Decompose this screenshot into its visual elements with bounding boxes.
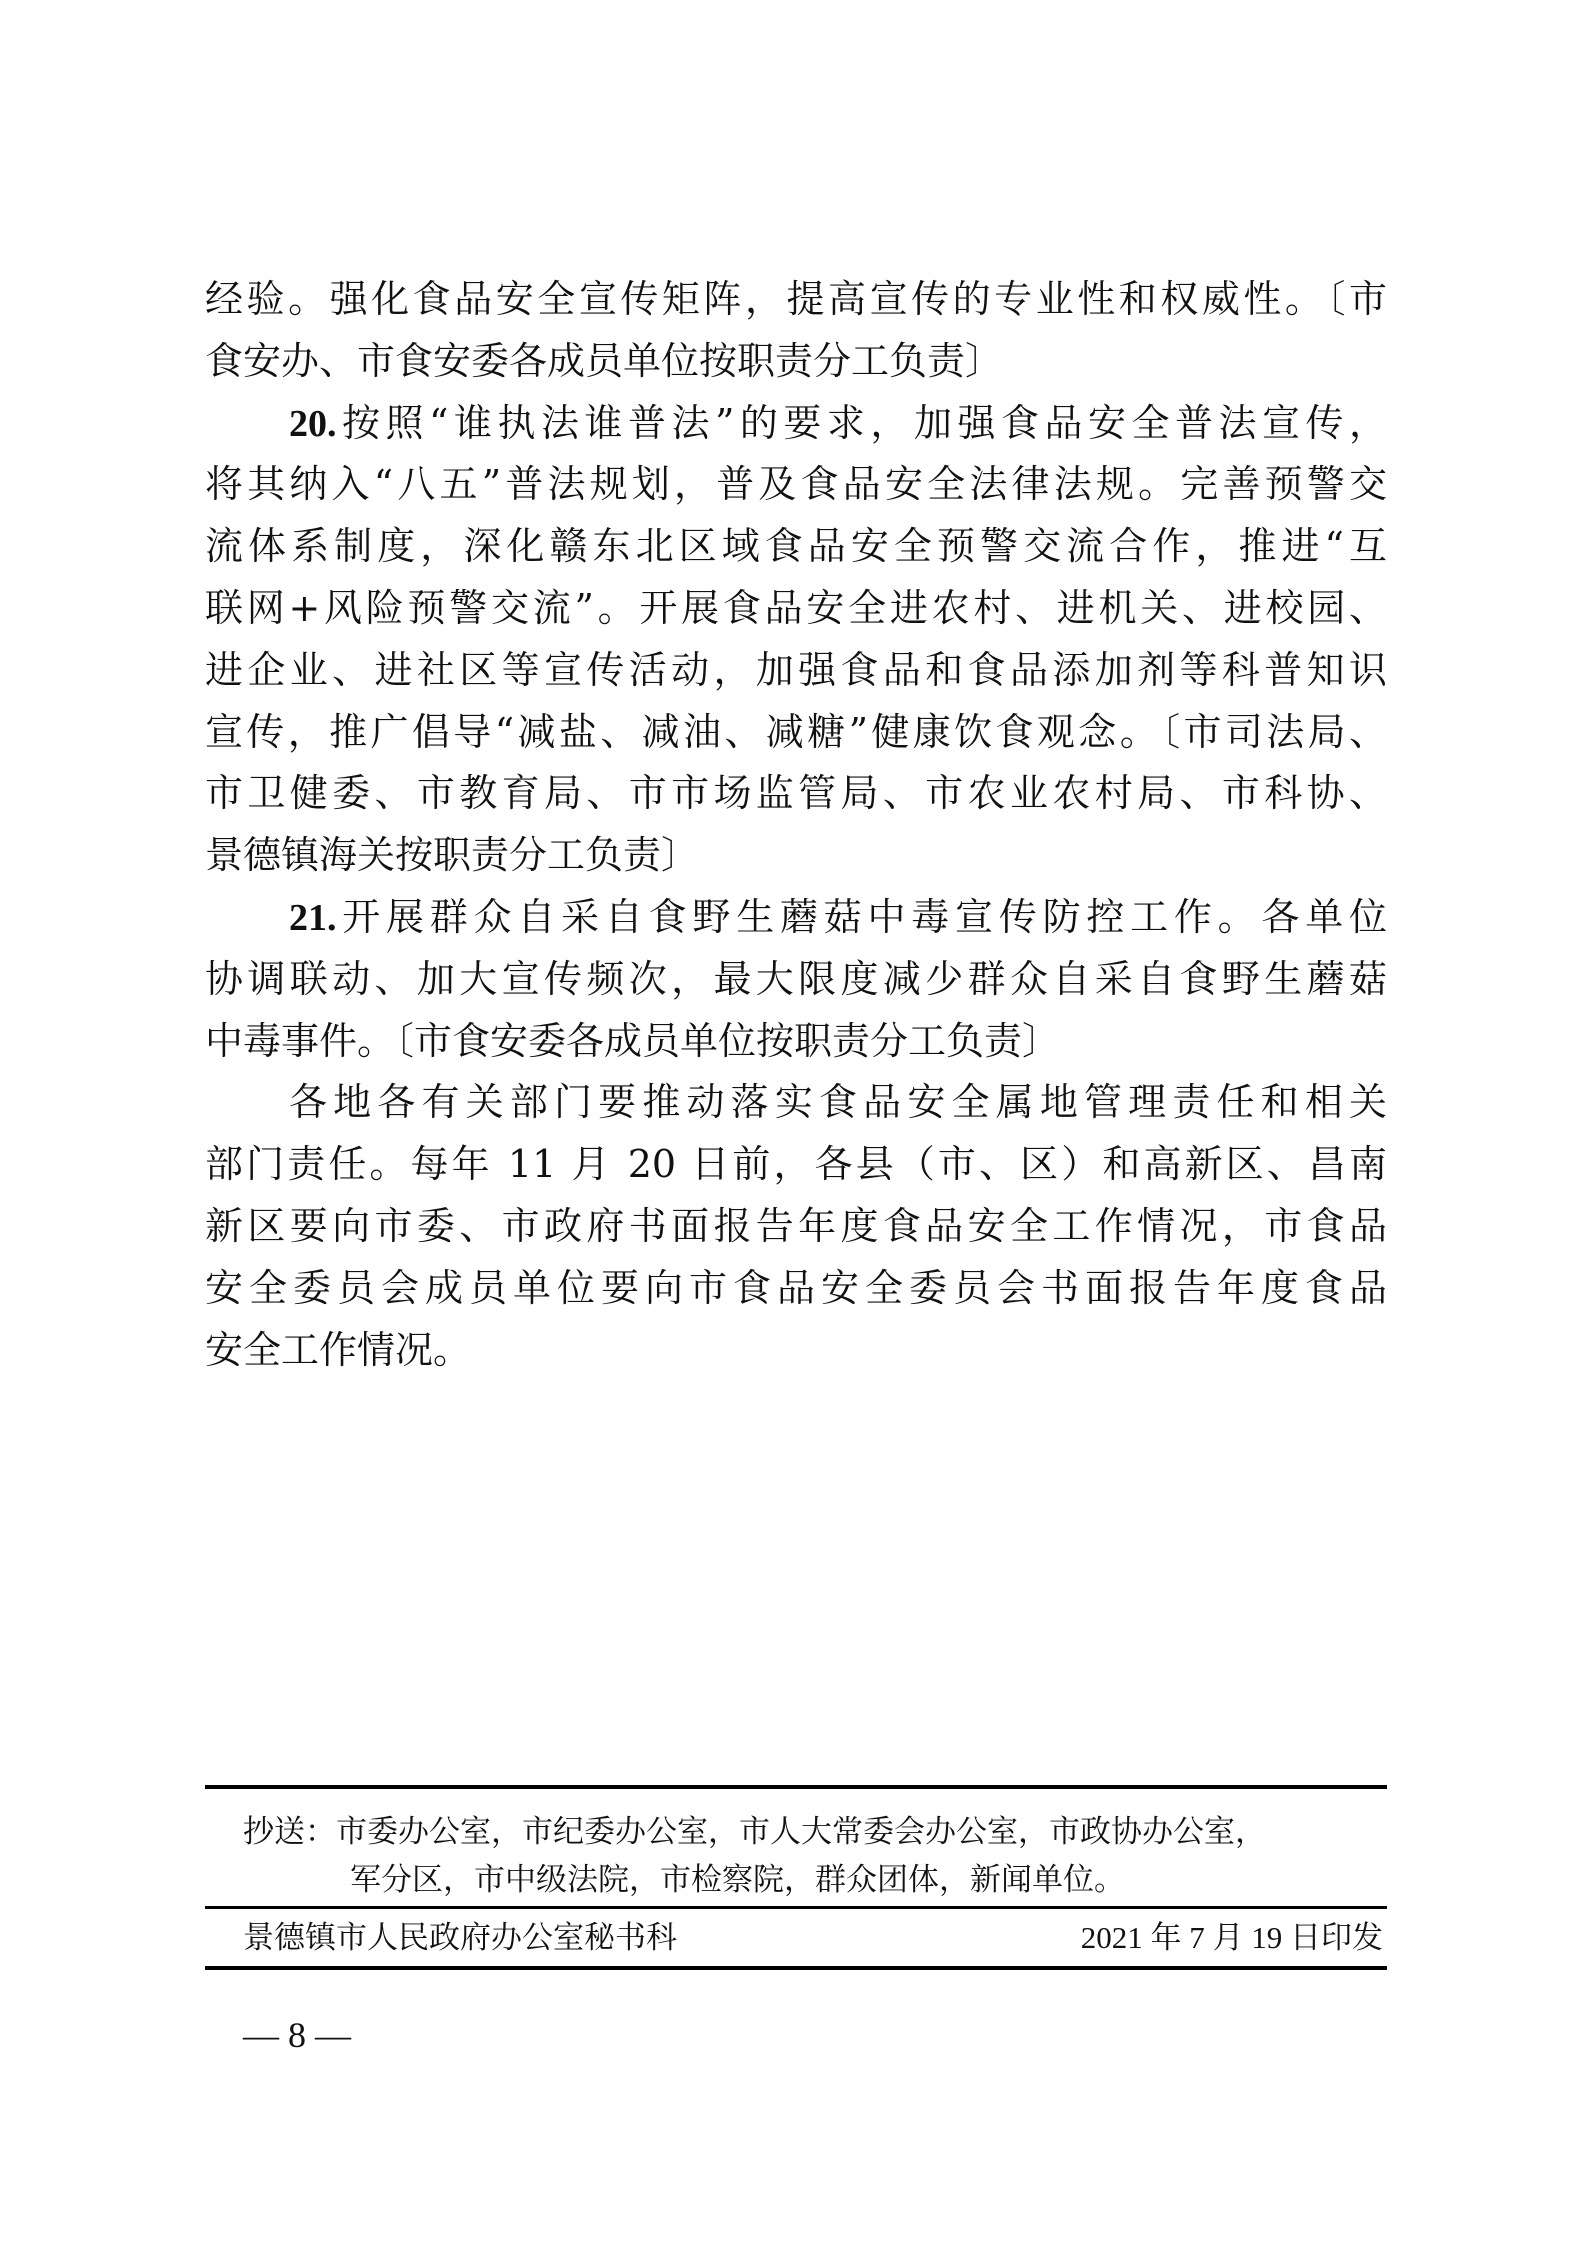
body-line-8: 宣传，推广倡导“减盐、减油、减糖”健康饮食观念。〔市司法局、 [205, 702, 1387, 764]
body-line-15: 部门责任。每年 11 月 20 日前，各县（市、区）和高新区、昌南 [205, 1134, 1387, 1196]
footer-top-rule [205, 1785, 1387, 1789]
cc-recipients-1: 市委办公室，市纪委办公室，市人大常委会办公室，市政协办公室， [336, 1814, 1266, 1850]
body-line-9: 市卫健委、市教育局、市市场监管局、市农业农村局、市科协、 [205, 763, 1387, 825]
item-21-first-line: 21.开展群众自采自食野生蘑菇中毒宣传防控工作。各单位 [205, 887, 1387, 949]
cc-label: 抄送： [243, 1814, 336, 1850]
body-line-17: 安全委员会成员单位要向市食品安全委员会书面报告年度食品 [205, 1258, 1387, 1320]
closing-paragraph-first-line: 各地各有关部门要推动落实食品安全属地管理责任和相关 [205, 1072, 1387, 1134]
body-line-1: 经验。强化食品安全宣传矩阵，提高宣传的专业性和权威性。〔市 [205, 269, 1387, 331]
item-20-first-line: 20.按照“谁执法谁普法”的要求，加强食品安全普法宣传， [205, 393, 1387, 455]
issue-date: 2021 年 7 月 19 日印发 [1081, 1914, 1383, 1962]
body-line-18: 安全工作情况。 [205, 1320, 1387, 1382]
item-text: 开展群众自采自食野生蘑菇中毒宣传防控工作。各单位 [337, 895, 1388, 939]
body-line-13: 中毒事件。〔市食安委各成员单位按职责分工负责〕 [205, 1011, 1387, 1073]
body-text: 经验。强化食品安全宣传矩阵，提高宣传的专业性和权威性。〔市 食安办、市食安委各成… [205, 269, 1387, 1381]
body-line-16: 新区要向市委、市政府书面报告年度食品安全工作情况，市食品 [205, 1196, 1387, 1258]
item-number: 21. [289, 897, 337, 939]
body-line-7: 进企业、进社区等宣传活动，加强食品和食品添加剂等科普知识 [205, 640, 1387, 702]
body-line-5: 流体系制度，深化赣东北区域食品安全预警交流合作，推进“互 [205, 516, 1387, 578]
body-line-4: 将其纳入“八五”普法规划，普及食品安全法律法规。完善预警交 [205, 454, 1387, 516]
footer-middle-rule [205, 1906, 1387, 1909]
cc-line-2: 军分区，市中级法院，市检察院，群众团体，新闻单位。 [243, 1856, 1383, 1904]
footer-bottom-rule [205, 1966, 1387, 1970]
body-line-10: 景德镇海关按职责分工负责〕 [205, 825, 1387, 887]
issuer-row: 景德镇市人民政府办公室秘书科 2021 年 7 月 19 日印发 [243, 1914, 1383, 1962]
document-page: 经验。强化食品安全宣传矩阵，提高宣传的专业性和权威性。〔市 食安办、市食安委各成… [0, 0, 1587, 2245]
page-number: — 8 — [243, 2012, 351, 2058]
body-line-6: 联网+风险预警交流”。开展食品安全进农村、进机关、进校园、 [205, 578, 1387, 640]
cc-line-1: 抄送：市委办公室，市纪委办公室，市人大常委会办公室，市政协办公室， [243, 1808, 1383, 1856]
body-line-12: 协调联动、加大宣传频次，最大限度减少群众自采自食野生蘑菇 [205, 949, 1387, 1011]
cc-block: 抄送：市委办公室，市纪委办公室，市人大常委会办公室，市政协办公室， 军分区，市中… [243, 1808, 1383, 1904]
issuer: 景德镇市人民政府办公室秘书科 [243, 1914, 677, 1962]
item-number: 20. [289, 403, 337, 445]
item-text: 按照“谁执法谁普法”的要求，加强食品安全普法宣传， [337, 401, 1388, 445]
body-line-2: 食安办、市食安委各成员单位按职责分工负责〕 [205, 331, 1387, 393]
